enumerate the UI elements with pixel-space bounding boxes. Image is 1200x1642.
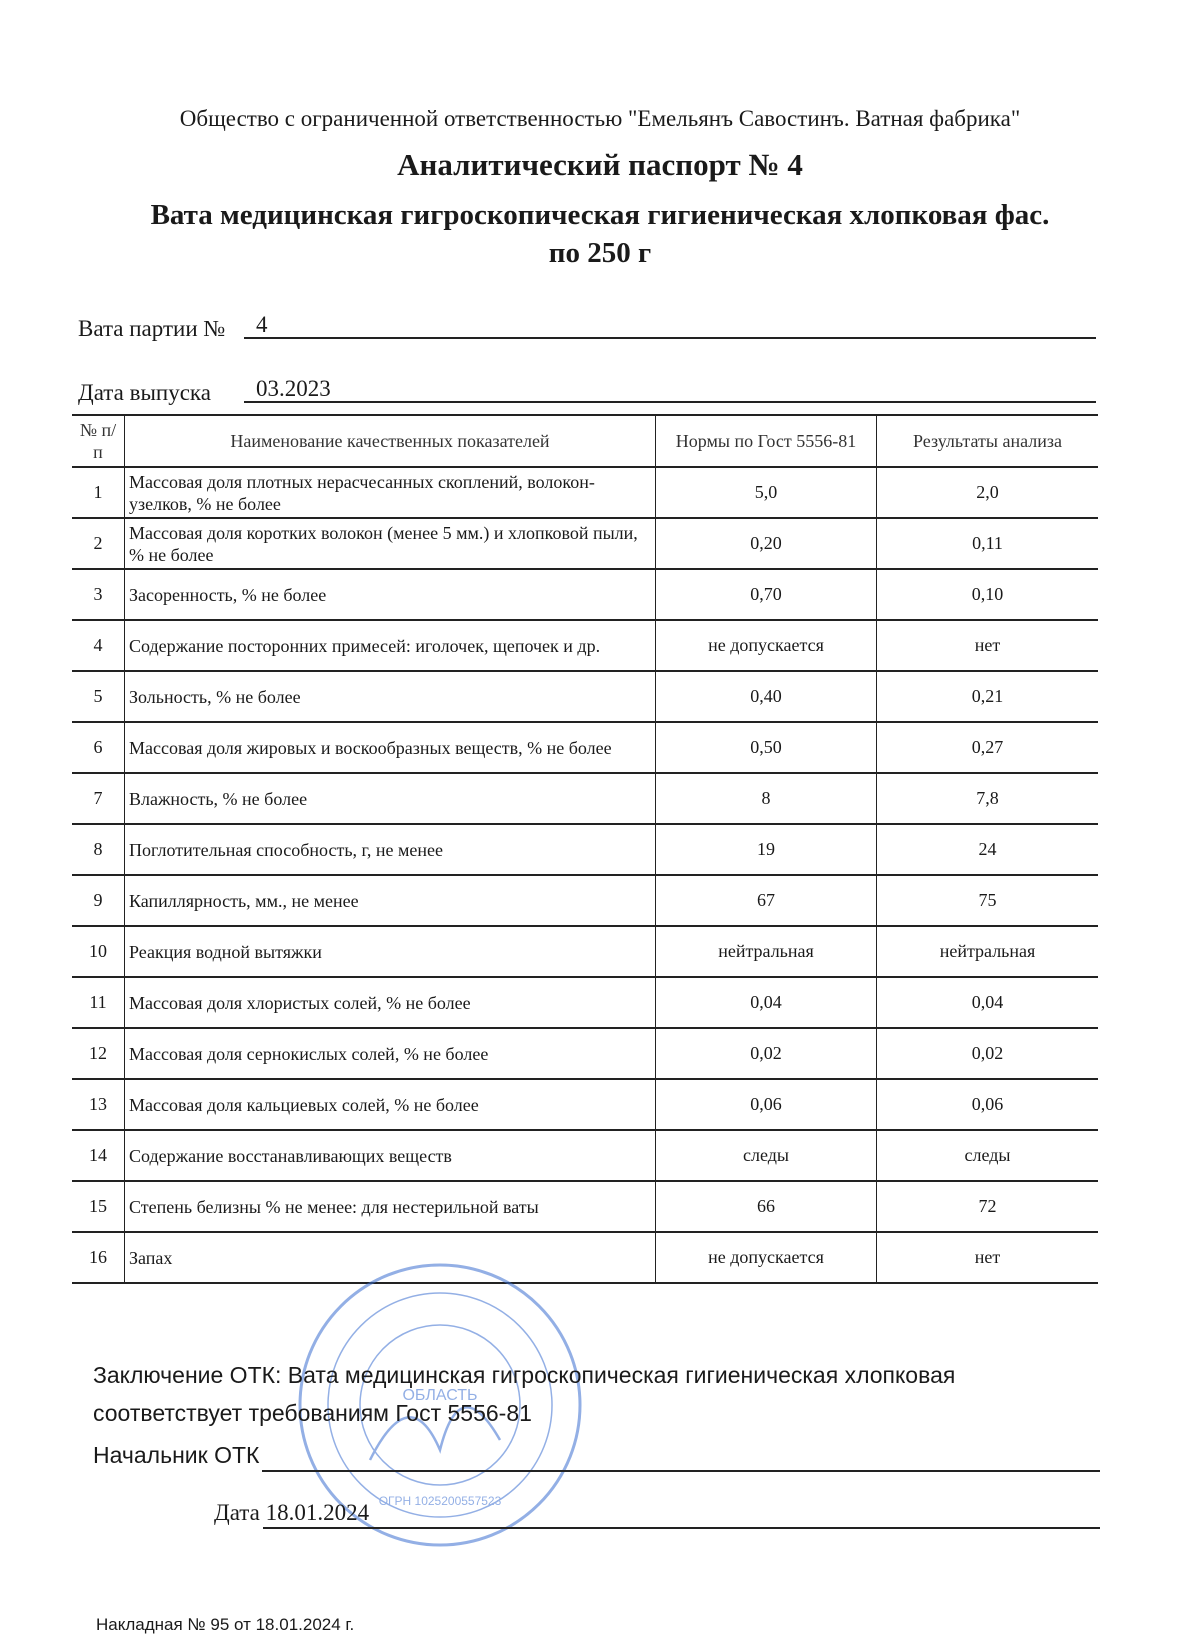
table-row: 12Массовая доля сернокислых солей, % не … (72, 1028, 1098, 1079)
batch-underline (244, 337, 1096, 339)
cell-norm: 8 (656, 773, 877, 824)
table-row: 15Степень белизны % не менее: для нестер… (72, 1181, 1098, 1232)
cell-num: 4 (72, 620, 125, 671)
cell-norm: не допускается (656, 620, 877, 671)
cell-name: Зольность, % не более (125, 671, 656, 722)
otk-conclusion: Заключение ОТК: Вата медицинская гигроск… (93, 1356, 1093, 1432)
cell-result: 2,0 (877, 467, 1099, 518)
signature-line (262, 1470, 1100, 1472)
cell-num: 14 (72, 1130, 125, 1181)
table-row: 11Массовая доля хлористых солей, % не бо… (72, 977, 1098, 1028)
header-result: Результаты анализа (877, 415, 1099, 467)
cell-num: 15 (72, 1181, 125, 1232)
cell-num: 16 (72, 1232, 125, 1283)
cell-num: 7 (72, 773, 125, 824)
cell-result: 0,02 (877, 1028, 1099, 1079)
cell-result: 24 (877, 824, 1099, 875)
cell-name: Реакция водной вытяжки (125, 926, 656, 977)
cell-name: Массовая доля сернокислых солей, % не бо… (125, 1028, 656, 1079)
header-norm: Нормы по Гост 5556-81 (656, 415, 877, 467)
cell-name: Массовая доля коротких волокон (менее 5 … (125, 518, 656, 569)
table-row: 1Массовая доля плотных нерасчесанных ско… (72, 467, 1098, 518)
cell-name: Массовая доля плотных нерасчесанных скоп… (125, 467, 656, 518)
document-title: Аналитический паспорт № 4 (0, 147, 1200, 183)
cell-name: Влажность, % не более (125, 773, 656, 824)
product-title-line2: по 250 г (0, 234, 1200, 272)
cell-num: 5 (72, 671, 125, 722)
table-row: 2Массовая доля коротких волокон (менее 5… (72, 518, 1098, 569)
cell-result: 0,11 (877, 518, 1099, 569)
sign-date-label: Дата (214, 1500, 260, 1525)
cell-name: Поглотительная способность, г, не менее (125, 824, 656, 875)
table-row: 8Поглотительная способность, г, не менее… (72, 824, 1098, 875)
cell-norm: следы (656, 1130, 877, 1181)
cell-result: нет (877, 1232, 1099, 1283)
cell-num: 6 (72, 722, 125, 773)
table-row: 3Засоренность, % не более0,700,10 (72, 569, 1098, 620)
cell-norm: 0,50 (656, 722, 877, 773)
cell-num: 11 (72, 977, 125, 1028)
cell-num: 1 (72, 467, 125, 518)
product-title: Вата медицинская гигроскопическая гигиен… (0, 196, 1200, 272)
table-row: 14Содержание восстанавливающих веществсл… (72, 1130, 1098, 1181)
header-num: № п/п (72, 415, 125, 467)
cell-num: 9 (72, 875, 125, 926)
cell-num: 3 (72, 569, 125, 620)
cell-norm: 0,20 (656, 518, 877, 569)
cell-num: 2 (72, 518, 125, 569)
cell-norm: 0,40 (656, 671, 877, 722)
cell-name: Содержание восстанавливающих веществ (125, 1130, 656, 1181)
cell-num: 8 (72, 824, 125, 875)
cell-name: Массовая доля кальциевых солей, % не бол… (125, 1079, 656, 1130)
cell-name: Массовая доля жировых и воскообразных ве… (125, 722, 656, 773)
batch-value: 4 (256, 312, 268, 338)
table-row: 5Зольность, % не более0,400,21 (72, 671, 1098, 722)
cell-result: следы (877, 1130, 1099, 1181)
cell-num: 12 (72, 1028, 125, 1079)
table-row: 6Массовая доля жировых и воскообразных в… (72, 722, 1098, 773)
cell-result: 0,21 (877, 671, 1099, 722)
header-name: Наименование качественных показателей (125, 415, 656, 467)
cell-result: 75 (877, 875, 1099, 926)
cell-num: 13 (72, 1079, 125, 1130)
cell-result: 7,8 (877, 773, 1099, 824)
cell-name: Засоренность, % не более (125, 569, 656, 620)
table-row: 10Реакция водной вытяжкинейтральнаянейтр… (72, 926, 1098, 977)
cell-norm: 5,0 (656, 467, 877, 518)
release-date-label: Дата выпуска (78, 380, 211, 406)
sign-date: Дата 18.01.2024 (214, 1500, 369, 1526)
company-name: Общество с ограниченной ответственностью… (0, 106, 1200, 132)
release-date-value: 03.2023 (256, 376, 331, 402)
invoice-note: Накладная № 95 от 18.01.2024 г. (96, 1615, 354, 1635)
cell-name: Массовая доля хлористых солей, % не боле… (125, 977, 656, 1028)
cell-result: 0,06 (877, 1079, 1099, 1130)
chief-label: Начальник ОТК (93, 1442, 259, 1469)
table-row: 9Капиллярность, мм., не менее6775 (72, 875, 1098, 926)
cell-num: 10 (72, 926, 125, 977)
cell-result: 0,04 (877, 977, 1099, 1028)
cell-result: 0,10 (877, 569, 1099, 620)
cell-name: Капиллярность, мм., не менее (125, 875, 656, 926)
table-row: 7Влажность, % не более87,8 (72, 773, 1098, 824)
cell-norm: не допускается (656, 1232, 877, 1283)
cell-name: Содержание посторонних примесей: иголоче… (125, 620, 656, 671)
cell-norm: 19 (656, 824, 877, 875)
sign-date-value: 18.01.2024 (266, 1500, 370, 1525)
table-header-row: № п/п Наименование качественных показате… (72, 415, 1098, 467)
cell-result: 0,27 (877, 722, 1099, 773)
batch-label: Вата партии № (78, 316, 225, 342)
cell-norm: 0,04 (656, 977, 877, 1028)
cell-norm: 0,02 (656, 1028, 877, 1079)
cell-norm: 67 (656, 875, 877, 926)
cell-name: Степень белизны % не менее: для нестерил… (125, 1181, 656, 1232)
conclusion-line1: Заключение ОТК: Вата медицинская гигроск… (93, 1356, 1093, 1394)
stamp-ogrn: ОГРН 1025200557523 (379, 1494, 502, 1508)
cell-result: 72 (877, 1181, 1099, 1232)
release-date-underline (244, 401, 1096, 403)
quality-table: № п/п Наименование качественных показате… (72, 414, 1098, 1284)
date-underline (263, 1527, 1100, 1529)
cell-norm: 0,70 (656, 569, 877, 620)
cell-norm: 66 (656, 1181, 877, 1232)
table-row: 4Содержание посторонних примесей: иголоч… (72, 620, 1098, 671)
conclusion-line2: соответствует требованиям Гост 5556-81 (93, 1394, 1093, 1432)
cell-result: нет (877, 620, 1099, 671)
table-row: 13Массовая доля кальциевых солей, % не б… (72, 1079, 1098, 1130)
cell-result: нейтральная (877, 926, 1099, 977)
cell-norm: 0,06 (656, 1079, 877, 1130)
product-title-line1: Вата медицинская гигроскопическая гигиен… (0, 196, 1200, 234)
cell-norm: нейтральная (656, 926, 877, 977)
